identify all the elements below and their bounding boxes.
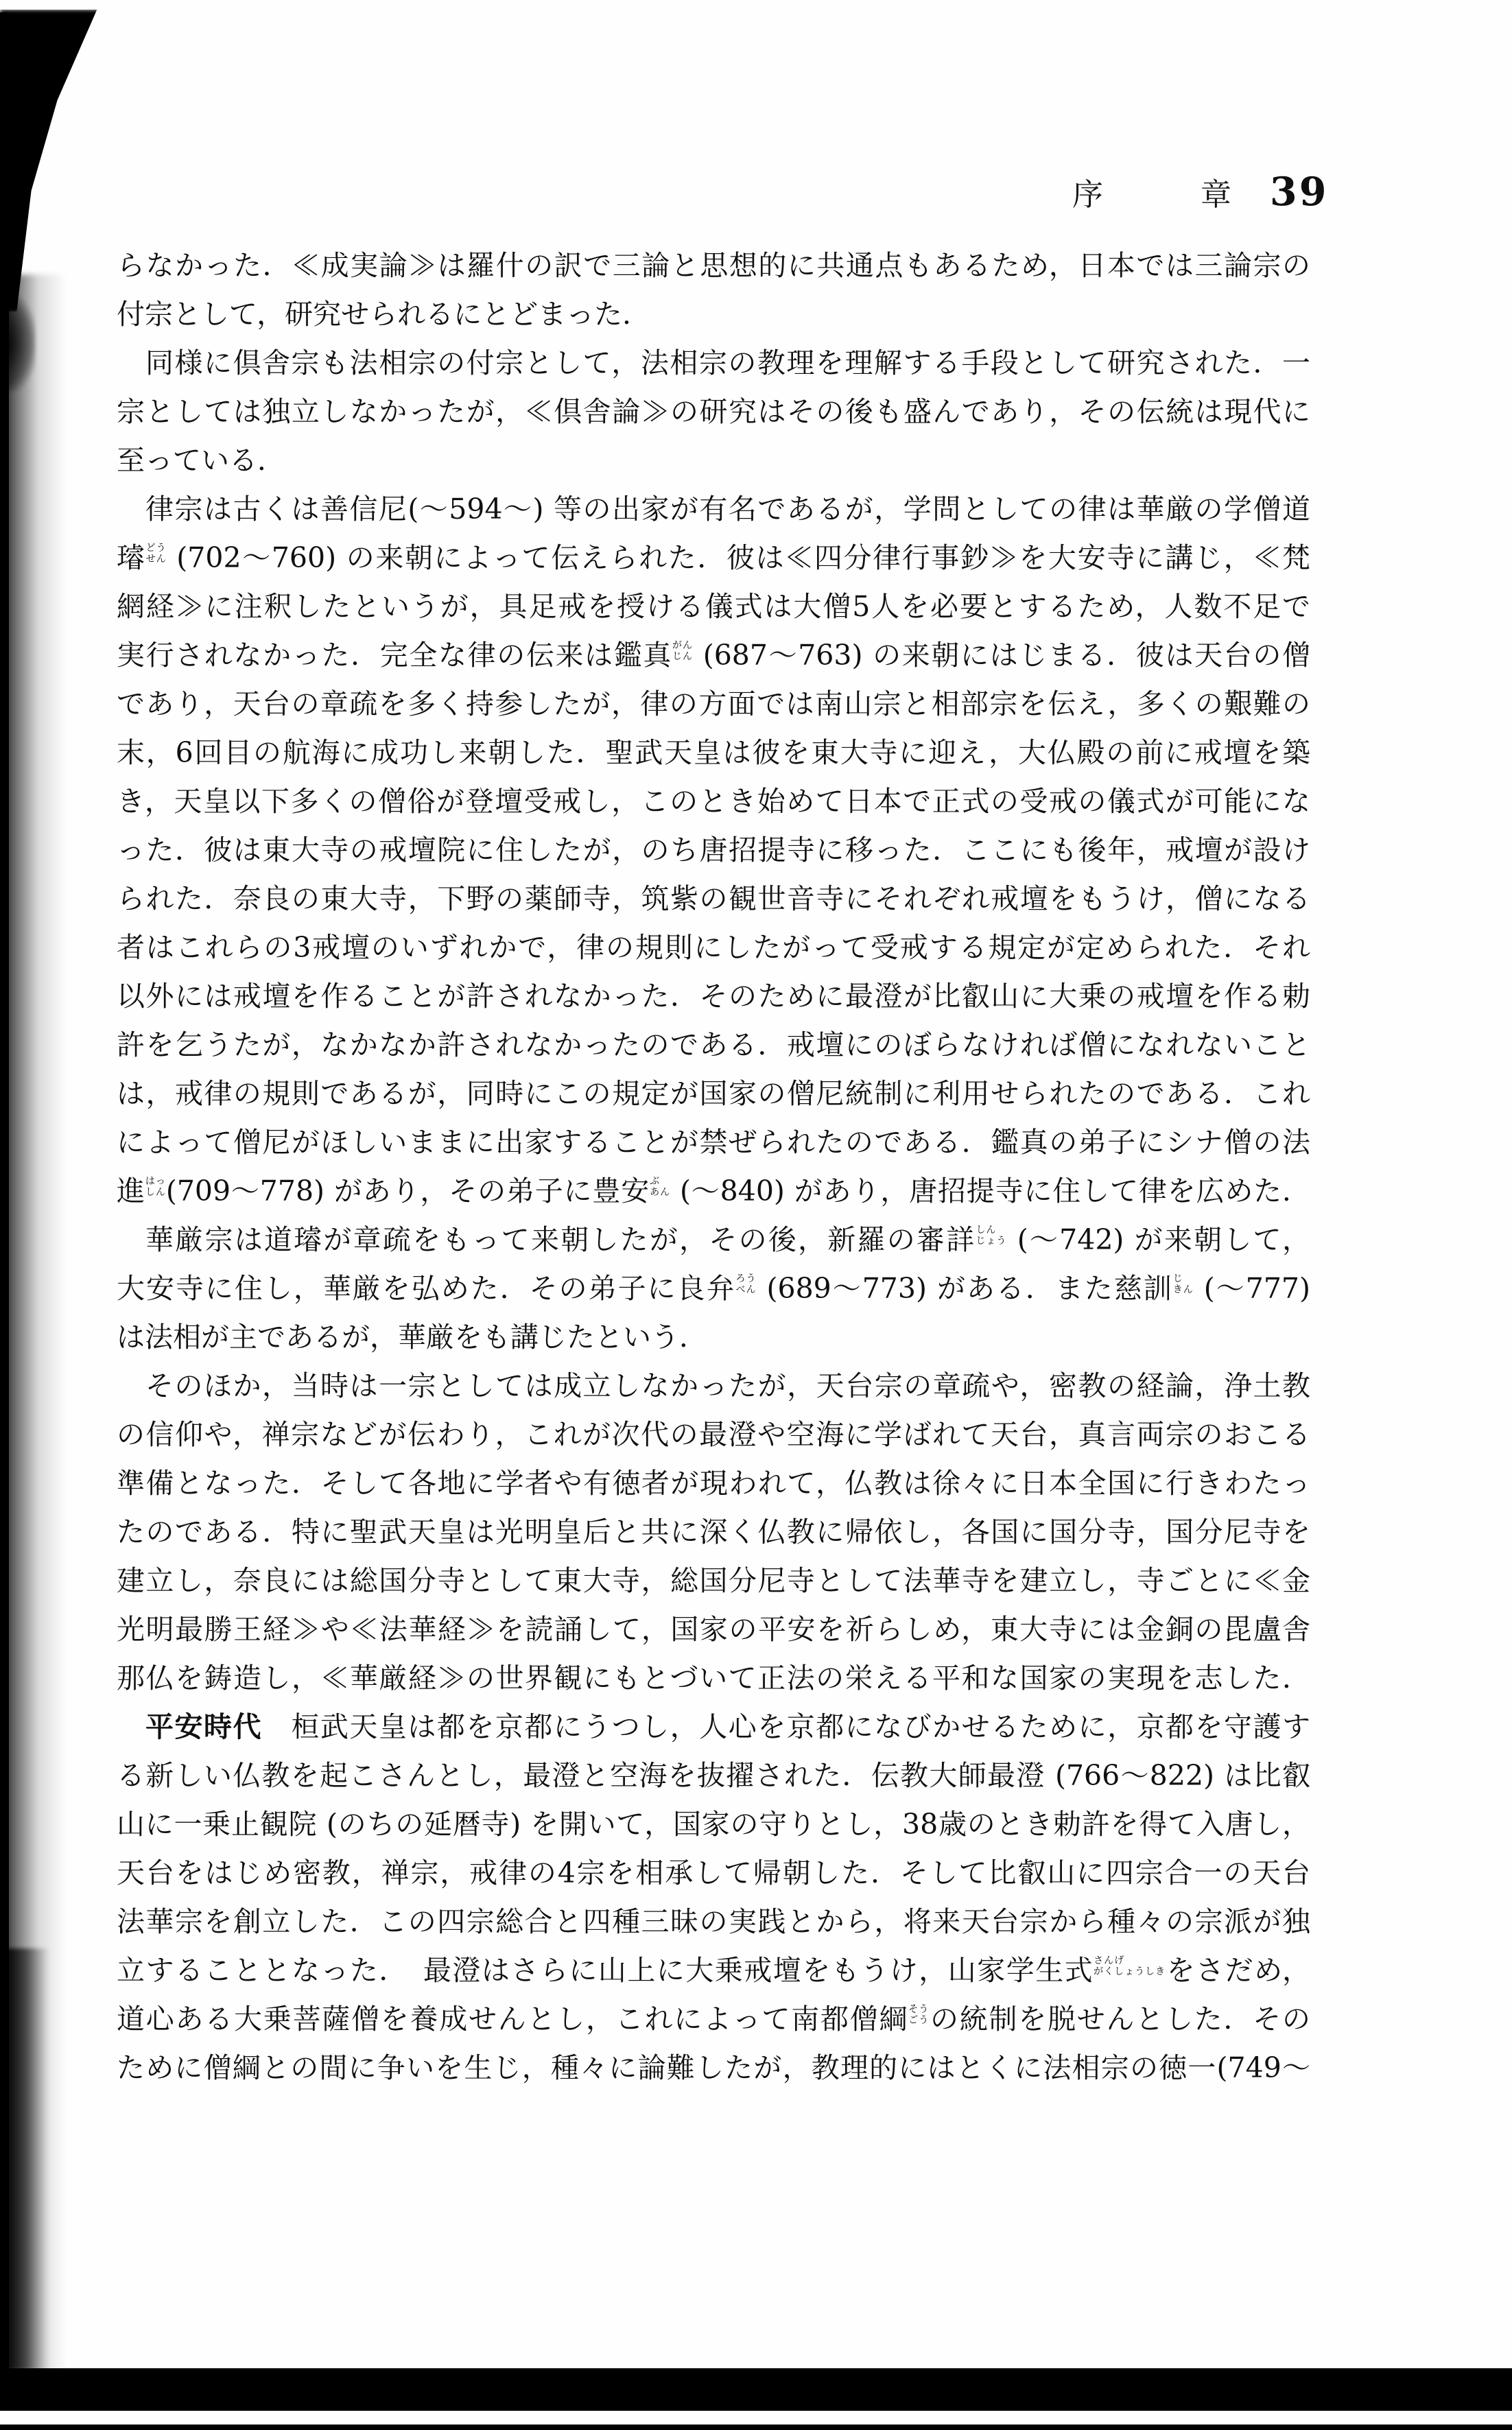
text-run: き，天皇以下多くの僧俗が登壇受戒し，このとき始めて日本で正式の受戒の儀式が可能に… xyxy=(117,785,1310,818)
text-run: らなかった．≪成実論≫は羅什の訳で三論と思想的に共通点もあるため，日本では三論宗… xyxy=(117,249,1310,282)
text-line: 天台をはじめ密教，禅宗，戒律の4宗を相承して帰朝した．そして比叡山に四宗合一の天… xyxy=(117,1849,1310,1898)
text-line: 大安寺に住し，華厳を弘めた．その弟子に良弁ろうべん (689～773) がある．… xyxy=(117,1264,1310,1313)
text-line: ために僧綱との間に争いを生じ，種々に論難したが，教理的にはとくに法相宗の徳一(7… xyxy=(117,2044,1310,2092)
furigana-annotation: しんじょう xyxy=(976,1225,1006,1247)
text-line: 同様に倶舎宗も法相宗の付宗として，法相宗の教理を理解する手段として研究された．一 xyxy=(117,339,1310,388)
text-run: をさだめ， xyxy=(1166,1954,1310,1987)
page-number: 39 xyxy=(1270,169,1328,215)
furigana-annotation: じきん xyxy=(1173,1273,1194,1295)
text-run: 網経≫に注釈したというが，具足戒を授ける儀式は大僧5人を必要とするため，人数不足… xyxy=(117,590,1310,623)
text-run: 準備となった．そして各地に学者や有徳者が現われて，仏教は徐々に日本全国に行きわた… xyxy=(117,1467,1310,1500)
text-line: 末，6回目の航海に成功し来朝した．聖武天皇は彼を東大寺に迎え，大仏殿の前に戒壇を… xyxy=(117,729,1310,777)
text-run: 律宗は古くは善信尼(～594～) 等の出家が有名であるが，学問としての律は華厳の… xyxy=(145,493,1310,526)
text-run: 以外には戒壇を作ることが許されなかった．そのために最澄が比叡山に大乗の戒壇を作る… xyxy=(117,980,1310,1013)
text-line: 付宗として，研究せられるにとどまった． xyxy=(117,290,1310,339)
text-line: 準備となった．そして各地に学者や有徳者が現われて，仏教は徐々に日本全国に行きわた… xyxy=(117,1459,1310,1508)
scan-artifact-bottom-strip xyxy=(0,2425,1512,2430)
text-line: 至っている． xyxy=(117,436,1310,485)
text-line: った．彼は東大寺の戒壇院に住したが，のち唐招提寺に移った．ここにも後年，戒壇が設… xyxy=(117,826,1310,875)
text-line: によって僧尼がほしいままに出家することが禁ぜられたのである．鑑真の弟子にシナ僧の… xyxy=(117,1118,1310,1167)
text-run: 進 xyxy=(117,1175,145,1207)
text-line: 以外には戒壇を作ることが許されなかった．そのために最澄が比叡山に大乗の戒壇を作る… xyxy=(117,972,1310,1021)
text-run: 華厳宗は道璿が章疏をもって来朝したが，その後，新羅の審詳 xyxy=(145,1223,976,1256)
text-run: 道心ある大乗菩薩僧を養成せんとし，これによって南都僧綱 xyxy=(117,2003,908,2036)
text-run: そのほか，当時は一宗としては成立しなかったが，天台宗の章疏や，密教の経論，浄土教 xyxy=(145,1369,1310,1402)
bold-text-run: 平安時代 xyxy=(145,1710,262,1743)
furigana-annotation: どうせん xyxy=(146,543,167,565)
text-run: 同様に倶舎宗も法相宗の付宗として，法相宗の教理を理解する手段として研究された．一 xyxy=(145,346,1310,379)
text-run: 至っている． xyxy=(117,444,285,477)
text-line: き，天皇以下多くの僧俗が登壇受戒し，このとき始めて日本で正式の受戒の儀式が可能に… xyxy=(117,777,1310,826)
text-run: たのである．特に聖武天皇は光明皇后と共に深く仏教に帰依し，各国に国分寺，国分尼寺… xyxy=(117,1515,1310,1548)
scan-artifact-left-strip xyxy=(0,12,9,2368)
text-run: 光明最勝王経≫や≪法華経≫を読誦して，国家の平安を祈らしめ，東大寺には金銅の毘盧… xyxy=(117,1613,1310,1646)
text-line: る新しい仏教を起こさんとし，最澄と空海を抜擢された．伝教大師最澄 (766～82… xyxy=(117,1751,1310,1800)
text-run: は法相が主であるが，華厳をも講じたという． xyxy=(117,1321,707,1354)
text-line: 平安時代 桓武天皇は都を京都にうつし，人心を京都になびかせるために，京都を守護す xyxy=(117,1703,1310,1751)
text-run: 付宗として，研究せられるにとどまった． xyxy=(117,298,650,331)
text-run: によって僧尼がほしいままに出家することが禁ぜられたのである．鑑真の弟子にシナ僧の… xyxy=(117,1126,1310,1159)
scan-artifact-left-top-blob xyxy=(0,10,104,311)
text-run: 璿 xyxy=(117,541,146,574)
text-run: の信仰や，禅宗などが伝わり，これが次代の最澄や空海に学ばれて天台，真言両宗のおこ… xyxy=(117,1418,1310,1451)
text-run: (702～760) の来朝によって伝えられた．彼は≪四分律行事鈔≫を大安寺に講じ… xyxy=(167,541,1310,574)
text-run: (709～778) があり，その弟子に豊安 xyxy=(166,1175,650,1207)
text-line: 法華宗を創立した．この四宗総合と四種三昧の実践とから，将来天台宗から種々の宗派が… xyxy=(117,1898,1310,1946)
text-run: 立することとなった． 最澄はさらに山上に大乗戒壇をもうけ，山家学生式 xyxy=(117,1954,1094,1987)
text-line: の信仰や，禅宗などが伝わり，これが次代の最澄や空海に学ばれて天台，真言両宗のおこ… xyxy=(117,1411,1310,1459)
text-line: 華厳宗は道璿が章疏をもって来朝したが，その後，新羅の審詳しんじょう (～742)… xyxy=(117,1216,1310,1264)
text-run: (～777) xyxy=(1194,1272,1310,1305)
furigana-annotation: はっしん xyxy=(145,1176,166,1198)
text-line: 建立し，奈良には総国分寺として東大寺，総国分尼寺として法華寺を建立し，寺ごとに≪… xyxy=(117,1557,1310,1605)
text-run: 那仏を鋳造し，≪華厳経≫の世界観にもとづいて正法の栄える平和な国家の実現を志した… xyxy=(117,1662,1310,1695)
text-line: たのである．特に聖武天皇は光明皇后と共に深く仏教に帰依し，各国に国分寺，国分尼寺… xyxy=(117,1508,1310,1557)
text-line: 道心ある大乗菩薩僧を養成せんとし，これによって南都僧綱そうごうの統制を脱せんとし… xyxy=(117,1995,1310,2044)
text-line: は法相が主であるが，華厳をも講じたという． xyxy=(117,1313,1310,1362)
text-line: は，戒律の規則であるが，同時にこの規定が国家の僧尼統制に利用せられたのである．こ… xyxy=(117,1070,1310,1118)
text-run: (689～773) がある．また慈訓 xyxy=(757,1272,1173,1305)
text-run: (～840) があり，唐招提寺に住して律を広めた． xyxy=(670,1175,1310,1207)
text-run: 桓武天皇は都を京都にうつし，人心を京都になびかせるために，京都を守護す xyxy=(262,1710,1310,1743)
furigana-annotation: ろうべん xyxy=(736,1273,757,1295)
text-run: 建立し，奈良には総国分寺として東大寺，総国分尼寺として法華寺を建立し，寺ごとに≪… xyxy=(117,1564,1310,1597)
chapter-title-char: 章 xyxy=(1201,169,1231,214)
text-run: 者はこれらの3戒壇のいずれかで，律の規則にしたがって受戒する規定が定められた．そ… xyxy=(117,931,1310,964)
text-run: 末，6回目の航海に成功し来朝した．聖武天皇は彼を東大寺に迎え，大仏殿の前に戒壇を… xyxy=(117,736,1310,769)
text-run: 許を乞うたが，なかなか許されなかったのである．戒壇にのぼらなければ僧になれないこ… xyxy=(117,1028,1310,1061)
text-run: は，戒律の規則であるが，同時にこの規定が国家の僧尼統制に利用せられたのである．こ… xyxy=(117,1077,1310,1110)
text-line: であり，天台の章疏を多く持参したが，律の方面では南山宗と相部宗を伝え，多くの艱難… xyxy=(117,680,1310,729)
text-line: 網経≫に注釈したというが，具足戒を授ける儀式は大僧5人を必要とするため，人数不足… xyxy=(117,582,1310,631)
text-run: った．彼は東大寺の戒壇院に住したが，のち唐招提寺に移った．ここにも後年，戒壇が設… xyxy=(117,834,1310,866)
chapter-title-char: 序 xyxy=(1072,169,1103,214)
furigana-annotation: ぶあん xyxy=(650,1176,670,1198)
text-run: 法華宗を創立した．この四宗総合と四種三昧の実践とから，将来天台宗から種々の宗派が… xyxy=(117,1905,1310,1938)
text-run: 大安寺に住し，華厳を弘めた．その弟子に良弁 xyxy=(117,1272,736,1305)
text-run: 天台をはじめ密教，禅宗，戒律の4宗を相承して帰朝した．そして比叡山に四宗合一の天… xyxy=(117,1856,1310,1889)
text-line: 律宗は古くは善信尼(～594～) 等の出家が有名であるが，学問としての律は華厳の… xyxy=(117,485,1310,534)
text-line: そのほか，当時は一宗としては成立しなかったが，天台宗の章疏や，密教の経論，浄土教 xyxy=(117,1362,1310,1411)
text-line: 宗としては独立しなかったが，≪倶舎論≫の研究はその後も盛んであり，その伝統は現代… xyxy=(117,388,1310,436)
text-run: ために僧綱との間に争いを生じ，種々に論難したが，教理的にはとくに法相宗の徳一(7… xyxy=(117,2051,1310,2084)
scan-artifact-bottom-band xyxy=(0,2368,1512,2411)
text-run: (～742) が来朝して， xyxy=(1006,1223,1310,1256)
text-run: 山に一乗止観院 (のちの延暦寺) を開いて，国家の守りとし，38歳のとき勅許を得… xyxy=(117,1808,1310,1841)
text-line: 山に一乗止観院 (のちの延暦寺) を開いて，国家の守りとし，38歳のとき勅許を得… xyxy=(117,1800,1310,1849)
text-line: 許を乞うたが，なかなか許されなかったのである．戒壇にのぼらなければ僧になれないこ… xyxy=(117,1021,1310,1070)
text-run: る新しい仏教を起こさんとし，最澄と空海を抜擢された．伝教大師最澄 (766～82… xyxy=(117,1759,1310,1792)
text-line: 者はこれらの3戒壇のいずれかで，律の規則にしたがって受戒する規定が定められた．そ… xyxy=(117,923,1310,972)
page-text-column: らなかった．≪成実論≫は羅什の訳で三論と思想的に共通点もあるため，日本では三論宗… xyxy=(117,241,1310,2092)
scanned-book-page: 序 章 39 らなかった．≪成実論≫は羅什の訳で三論と思想的に共通点もあるため，… xyxy=(0,0,1512,2430)
furigana-annotation: そうごう xyxy=(908,2004,929,2026)
text-line: 璿どうせん (702～760) の来朝によって伝えられた．彼は≪四分律行事鈔≫を… xyxy=(117,534,1310,582)
text-line: 実行されなかった．完全な律の伝来は鑑真がんじん (687～763) の来朝にはじ… xyxy=(117,631,1310,680)
text-line: らなかった．≪成実論≫は羅什の訳で三論と思想的に共通点もあるため，日本では三論宗… xyxy=(117,241,1310,290)
text-line: 進はっしん(709～778) があり，その弟子に豊安ぶあん (～840) があり… xyxy=(117,1167,1310,1216)
text-run: 実行されなかった．完全な律の伝来は鑑真 xyxy=(117,639,672,672)
text-run: の統制を脱せんとした．その xyxy=(929,2003,1310,2036)
text-run: (687～763) の来朝にはじまる．彼は天台の僧 xyxy=(693,639,1310,672)
text-line: られた．奈良の東大寺，下野の薬師寺，筑紫の観世音寺にそれぞれ戒壇をもうけ，僧にな… xyxy=(117,875,1310,923)
text-line: 那仏を鋳造し，≪華厳経≫の世界観にもとづいて正法の栄える平和な国家の実現を志した… xyxy=(117,1654,1310,1703)
text-line: 立することとなった． 最澄はさらに山上に大乗戒壇をもうけ，山家学生式さんげがくし… xyxy=(117,1946,1310,1995)
text-run: 宗としては独立しなかったが，≪倶舎論≫の研究はその後も盛んであり，その伝統は現代… xyxy=(117,395,1310,428)
furigana-annotation: がんじん xyxy=(672,640,693,662)
text-run: られた．奈良の東大寺，下野の薬師寺，筑紫の観世音寺にそれぞれ戒壇をもうけ，僧にな… xyxy=(117,882,1310,915)
text-line: 光明最勝王経≫や≪法華経≫を読誦して，国家の平安を祈らしめ，東大寺には金銅の毘盧… xyxy=(117,1605,1310,1654)
running-head: 序 章 39 xyxy=(1072,169,1328,215)
text-run: であり，天台の章疏を多く持参したが，律の方面では南山宗と相部宗を伝え，多くの艱難… xyxy=(117,687,1310,720)
furigana-annotation: さんげがくしょうしき xyxy=(1094,1955,1166,1977)
